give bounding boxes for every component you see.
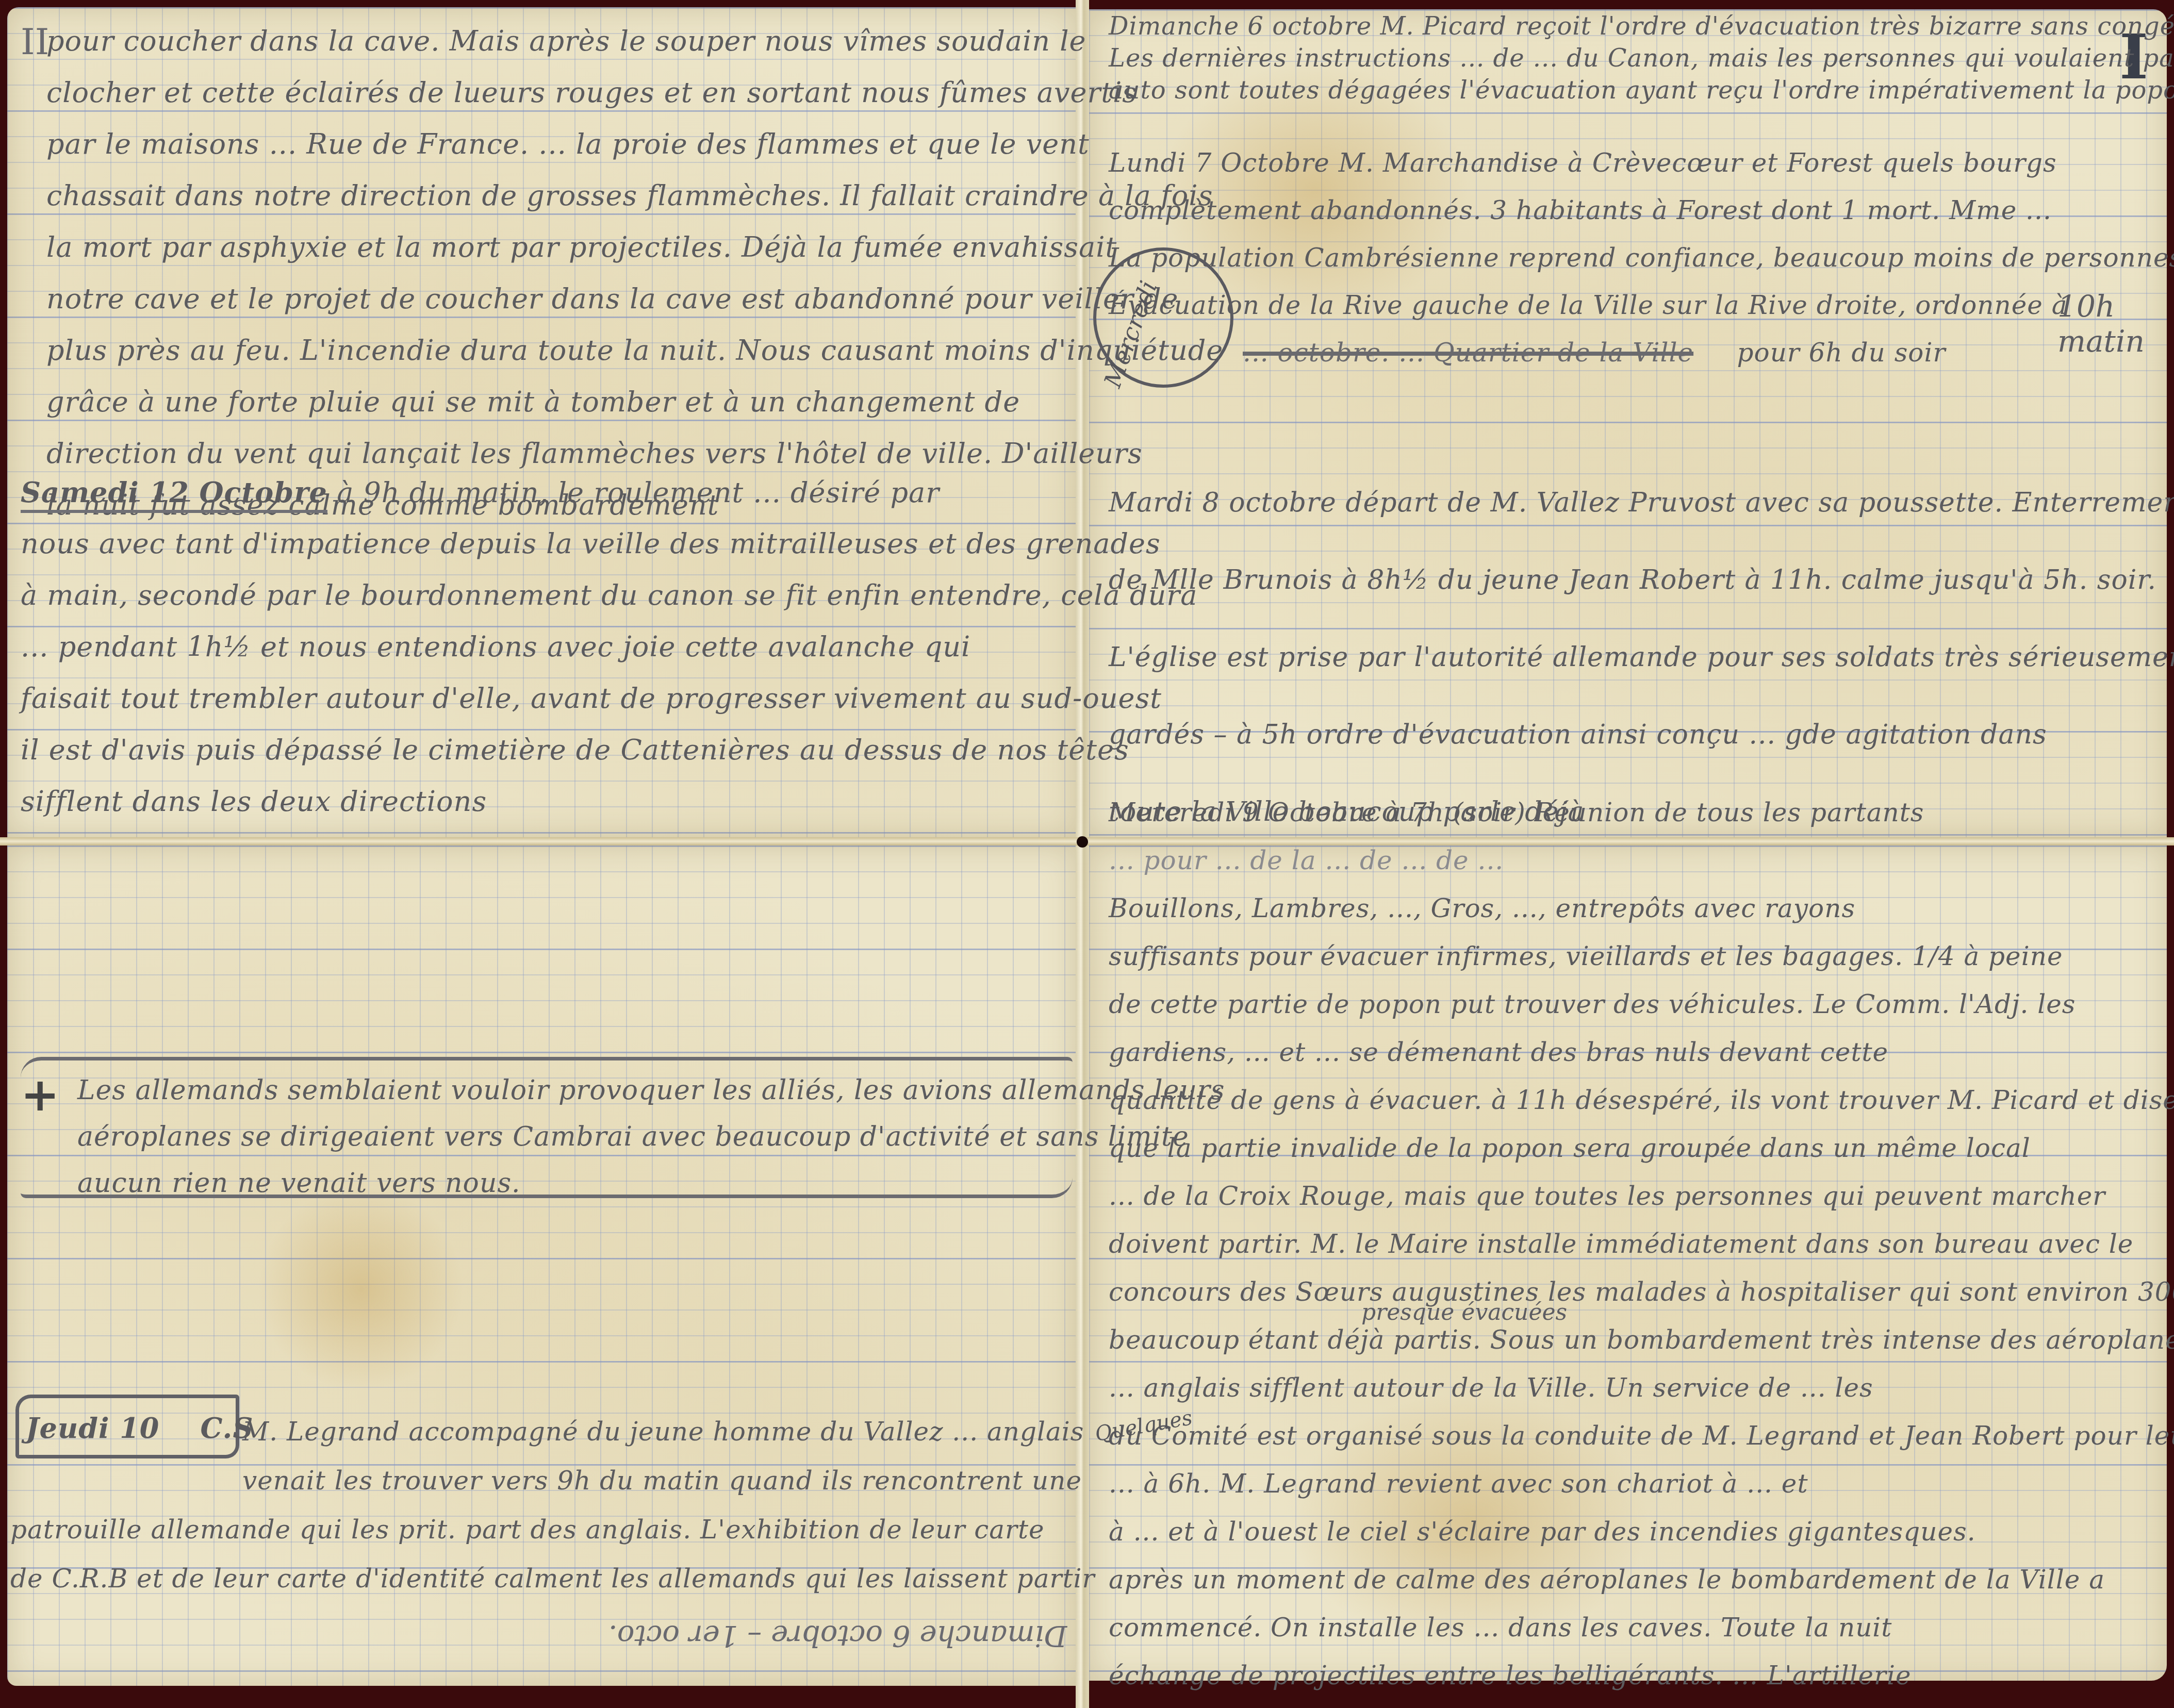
text-line: aéroplanes se dirigeaient vers Cambrai a… (77, 1114, 1225, 1160)
text-line: plus près au feu. L'incendie dura toute … (46, 325, 1223, 376)
entry-text: à 9h du matin, le roulement ... désiré p… (337, 476, 940, 509)
text-line: auto sont toutes dégagées l'évacuation a… (1109, 74, 2174, 106)
diary-entry-thursday-cont: patrouille allemande qui les prit. part … (10, 1505, 1095, 1603)
text-line: La population Cambrésienne reprend confi… (1109, 234, 2174, 281)
text-line: du Comité est organisé sous la conduite … (1109, 1412, 2174, 1460)
text-line: à ... et à l'ouest le ciel s'éclaire par… (1109, 1508, 2174, 1556)
text-line: gardés – à 5h ordre d'évacuation ainsi c… (1109, 696, 2174, 773)
text-line: Les allemands semblaient vouloir provoqu… (77, 1067, 1225, 1114)
text-line: ... anglais sifflent autour de la Ville.… (1109, 1364, 2174, 1412)
entry-date-label: Jeudi 10 C.S (26, 1402, 253, 1454)
diary-entry-wednesday: Mercredi 9 Octobre à 7h (soir) Réunion d… (1109, 789, 2174, 1700)
text-line: complètement abandonnés. 3 habitants à F… (1109, 187, 2174, 234)
text-line: gardiens, ... et ... se démenant des bra… (1109, 1029, 2174, 1076)
text-line: Mardi 8 octobre départ de M. Vallez Pruv… (1109, 464, 2174, 541)
page-number-marker: II (21, 21, 49, 63)
text-line: Évacuation de la Rive gauche de la Ville… (1109, 281, 2174, 329)
time-annotation: 10h matin (2057, 289, 2174, 359)
text-line: L'église est prise par l'autorité allema… (1109, 619, 2174, 696)
text-line: pour coucher dans la cave. Mais après le… (46, 15, 1223, 67)
text-line: que la partie invalide de la popon sera … (1109, 1124, 2174, 1172)
text-line: beaucoup étant déjà partis. Sous un bomb… (1109, 1316, 2174, 1364)
text-line: Dimanche 6 octobre M. Picard reçoit l'or… (1109, 10, 2174, 42)
diary-text-top-left: pour coucher dans la cave. Mais après le… (46, 15, 1223, 531)
text-line: doivent partir. M. le Maire installe imm… (1109, 1220, 2174, 1268)
struck-text: ... octobre. ... Quartier de la Ville (1243, 338, 1693, 368)
text-line: patrouille allemande qui les prit. part … (10, 1505, 1095, 1554)
text-line: la mort par asphyxie et la mort par proj… (46, 222, 1223, 273)
interlinear-insertion: presque évacuées (1361, 1299, 1567, 1325)
text-line: échange de projectiles entre les belligé… (1109, 1652, 2174, 1700)
text-line: ... de la Croix Rouge, mais que toutes l… (1109, 1172, 2174, 1220)
text-line: aucun rien ne venait vers nous. (77, 1160, 1225, 1206)
text-line: de cette partie de popon put trouver des… (1109, 981, 2174, 1029)
diary-entry-monday: Lundi 7 Octobre M. Marchandise à Crèvecœ… (1109, 139, 2174, 376)
text-line: ... pendant 1h½ et nous entendions avec … (21, 621, 1197, 673)
entry-date: Jeudi 10 (26, 1412, 159, 1445)
upside-down-note: Dimanche 6 octobre – 1er octo. (608, 1619, 1067, 1652)
text-line: de C.R.B et de leur carte d'identité cal… (10, 1554, 1095, 1603)
text-line: nous avec tant d'impatience depuis la ve… (21, 518, 1197, 570)
text-line: ... à 6h. M. Legrand revient avec son ch… (1109, 1460, 2174, 1508)
text-line: Lundi 7 Octobre M. Marchandise à Crèvecœ… (1109, 139, 2174, 187)
text-line: ... pour ... de la ... de ... de ... (1109, 837, 2174, 885)
text-line: après un moment de calme des aéroplanes … (1109, 1556, 2174, 1604)
boxed-note-text: Les allemands semblaient vouloir provoqu… (77, 1067, 1225, 1206)
text-line: sifflent dans les deux directions (21, 776, 1197, 827)
fold-hole (1077, 836, 1088, 848)
text-line: chassait dans notre direction de grosses… (46, 170, 1223, 222)
cross-mark-icon: + (21, 1067, 59, 1122)
text-line: concours des Sœurs augustines les malade… (1109, 1268, 2174, 1316)
text-line: par le maisons ... Rue de France. ... la… (46, 119, 1223, 170)
text-line: de Mlle Brunois à 8h½ du jeune Jean Robe… (1109, 541, 2174, 619)
entry-text: pour 6h du soir (1737, 338, 1946, 368)
document-scan: II I pour coucher dans la cave. Mais apr… (0, 0, 2174, 1708)
text-line: Bouillons, Lambres, ..., Gros, ..., entr… (1109, 885, 2174, 933)
text-line: grâce à une forte pluie qui se mit à tom… (46, 376, 1223, 428)
text-line: M. Legrand accompagné du jeune homme du … (242, 1407, 1084, 1456)
struck-line: ... octobre. ... Quartier de la Ville po… (1109, 329, 2174, 376)
text-line: commencé. On installe les ... dans les c… (1109, 1604, 2174, 1652)
entry-line: Samedi 12 Octobre à 9h du matin, le roul… (21, 467, 1197, 518)
diary-entry-saturday: Samedi 12 Octobre à 9h du matin, le roul… (21, 467, 1197, 827)
text-line: Mercredi 9 Octobre à 7h (soir) Réunion d… (1109, 789, 2174, 837)
text-line: clocher et cette éclairés de lueurs roug… (46, 67, 1223, 119)
entry-date-heading: Samedi 12 Octobre (21, 476, 327, 513)
text-line: Les dernières instructions ... de ... du… (1109, 42, 2174, 74)
text-line: suffisants pour évacuer infirmes, vieill… (1109, 933, 2174, 981)
text-line: quantité de gens à évacuer. à 11h désesp… (1109, 1076, 2174, 1124)
text-line: il est d'avis puis dépassé le cimetière … (21, 724, 1197, 776)
text-line: faisait tout trembler autour d'elle, ava… (21, 673, 1197, 724)
text-line: à main, secondé par le bourdonnement du … (21, 570, 1197, 621)
text-line: notre cave et le projet de coucher dans … (46, 273, 1223, 325)
diary-entry-thursday: M. Legrand accompagné du jeune homme du … (242, 1407, 1084, 1505)
diary-entry-sunday: Dimanche 6 octobre M. Picard reçoit l'or… (1109, 10, 2174, 106)
water-stain (258, 1186, 464, 1392)
text-line: venait les trouver vers 9h du matin quan… (242, 1456, 1084, 1505)
